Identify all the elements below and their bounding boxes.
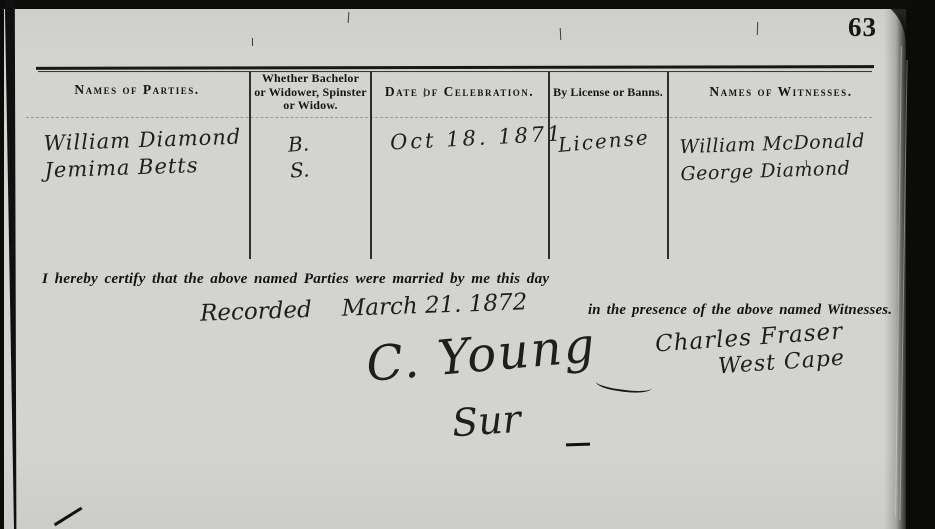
condition-header-line-1: Whether Bachelor	[252, 72, 369, 86]
page-number: 63	[848, 12, 877, 43]
condition-header-line-2: or Widower, Spinster	[252, 86, 369, 100]
entry-names-of-witnesses: William McDonald George Diamond	[679, 128, 866, 188]
recorded-word: Recorded	[200, 297, 313, 327]
entry-condition-bride: S.	[289, 157, 310, 182]
officiant-title: Sur	[451, 397, 523, 446]
column-divider-4	[667, 72, 669, 259]
table-top-rule-thin	[38, 71, 872, 73]
column-divider-2	[370, 72, 372, 259]
certification-statement-right: in the presence of the above named Witne…	[588, 302, 892, 319]
column-divider-1	[249, 72, 251, 259]
column-header-condition: Whether Bachelor or Widower, Spinster or…	[252, 72, 369, 113]
scanned-marriage-register-page: 63 Names of Parties. Whether Bachelor or…	[0, 0, 935, 529]
column-header-date-of-celebration: Date of Celebration.	[372, 84, 547, 100]
entry-condition-groom: B.	[287, 131, 310, 156]
column-header-names-of-witnesses: Names of Witnesses.	[669, 84, 893, 100]
column-divider-3	[548, 72, 550, 259]
scan-edge-top	[0, 0, 912, 9]
scan-artifact	[252, 38, 253, 46]
entry-names-of-parties: William Diamond Jemima Betts	[43, 124, 243, 185]
column-header-license-or-banns: By License or Banns.	[550, 85, 666, 100]
header-underline-dashed	[26, 117, 872, 118]
paper-grain	[4, 0, 906, 529]
certification-statement-left: I hereby certify that the above named Pa…	[42, 270, 549, 288]
paper-page	[4, 0, 906, 529]
column-header-names-of-parties: Names of Parties.	[26, 82, 248, 98]
condition-header-line-3: or Widow.	[252, 99, 369, 113]
